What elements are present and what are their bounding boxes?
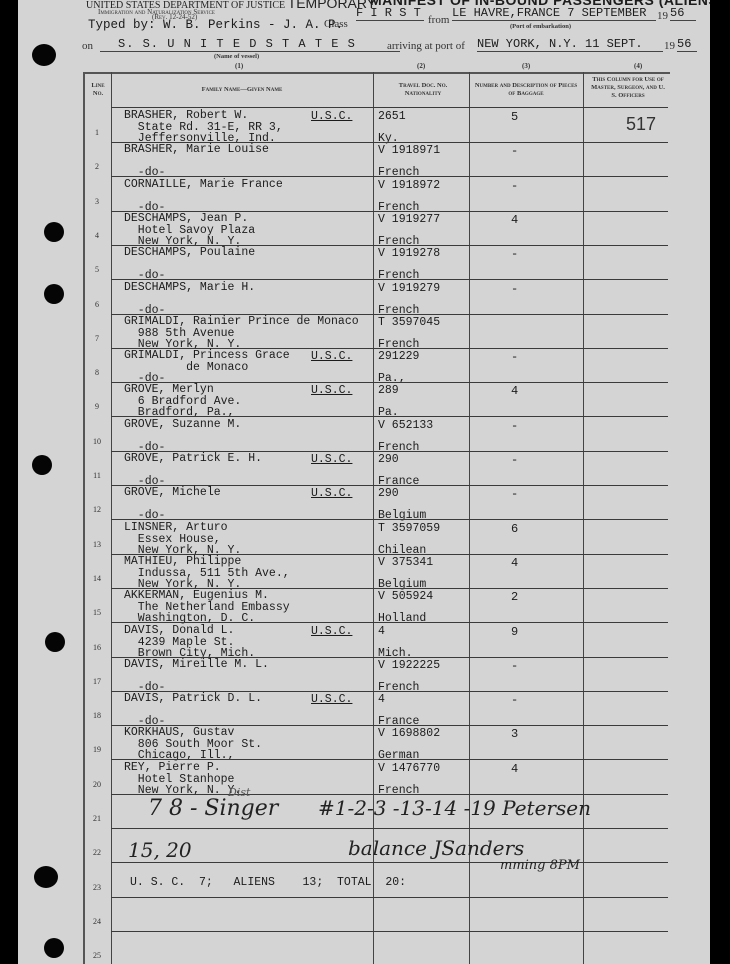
- from-label: from: [428, 14, 449, 26]
- table-row: [111, 897, 668, 931]
- travel-doc-number: 4: [378, 693, 385, 706]
- passenger-name: DAVIS, Mireille M. L. -do-: [124, 659, 269, 694]
- table-row: GROVE, Michele -do-U.S.C.290Belgium-: [111, 485, 668, 519]
- hole-punch: [45, 632, 65, 652]
- passenger-name: GRIMALDI, Princess Grace de Monaco -do-: [124, 350, 290, 385]
- vessel-name-field: S. S. U N I T E D S T A T E S: [100, 37, 400, 52]
- passenger-name: GRIMALDI, Rainier Prince de Monaco 988 5…: [124, 316, 359, 351]
- passenger-name: GROVE, Michele -do-: [124, 487, 221, 522]
- citizenship-mark: U.S.C.: [311, 453, 352, 466]
- line-number: 11: [86, 471, 108, 480]
- table-row: REY, Pierre P. Hotel Stanhope New York, …: [111, 760, 668, 794]
- arrival-port-field: NEW YORK, N.Y. 11 SEPT.: [477, 37, 663, 52]
- header-travel-doc: Travel Doc. No. Nationality: [380, 82, 466, 98]
- table-row: [111, 931, 668, 964]
- line-number: 2: [86, 162, 108, 171]
- header-line-no: Line No.: [86, 82, 110, 98]
- table-row: LINSNER, Arturo Essex House, New York, N…: [111, 520, 668, 554]
- hole-punch: [44, 938, 64, 958]
- passenger-name: DESCHAMPS, Marie H. -do-: [124, 282, 255, 317]
- class-field: F I R S T: [356, 6, 424, 21]
- handwritten-note: Dist: [228, 786, 250, 799]
- on-label: on: [82, 40, 93, 52]
- passenger-name: DESCHAMPS, Jean P. Hotel Savoy Plaza New…: [124, 213, 255, 248]
- passenger-name: DAVIS, Patrick D. L. -do-: [124, 693, 262, 728]
- year-prefix: 19: [657, 10, 668, 22]
- line-number: 4: [86, 231, 108, 240]
- line-number: 8: [86, 368, 108, 377]
- line-number: 12: [86, 505, 108, 514]
- line-number: 15: [86, 608, 108, 617]
- port-embarkation-caption: (Port of embarkation): [510, 23, 571, 30]
- handwritten-note: 7 8 - Singer: [148, 796, 278, 821]
- table-row: DESCHAMPS, Jean P. Hotel Savoy Plaza New…: [111, 211, 668, 245]
- hole-punch: [34, 866, 58, 888]
- travel-doc-number: 289: [378, 384, 399, 397]
- travel-doc-number: V 1922225: [378, 659, 440, 672]
- line-number: 14: [86, 574, 108, 583]
- header-name: Family Name—Given Name: [112, 86, 372, 94]
- table-row: DESCHAMPS, Poulaine -do-V 1919278French-: [111, 245, 668, 279]
- citizenship-mark: U.S.C.: [311, 384, 352, 397]
- column-number-1: (1): [235, 62, 243, 70]
- hole-punch: [32, 44, 56, 66]
- class-label: Class: [324, 18, 348, 30]
- baggage-count: 4: [511, 762, 521, 776]
- line-number: 16: [86, 643, 108, 652]
- travel-doc-number: V 505924: [378, 590, 433, 603]
- passenger-name: LINSNER, Arturo Essex House, New York, N…: [124, 522, 241, 557]
- line-number: 7: [86, 334, 108, 343]
- citizenship-mark: U.S.C.: [311, 487, 352, 500]
- table-row: DAVIS, Donald L. 4239 Maple St. Brown Ci…: [111, 623, 668, 657]
- baggage-count: -: [511, 693, 521, 707]
- line-number: 19: [86, 745, 108, 754]
- handwritten-note: #1-2-3 -13-14 -19 Petersen: [318, 796, 591, 820]
- table-row: DAVIS, Mireille M. L. -do-V 1922225Frenc…: [111, 657, 668, 691]
- arriving-label: arriving at port of: [387, 40, 465, 52]
- baggage-count: -: [511, 350, 521, 364]
- travel-doc-number: V 1919279: [378, 282, 440, 295]
- line-number: 6: [86, 300, 108, 309]
- baggage-count: -: [511, 419, 521, 433]
- header-officers: This Column for Use of Master, Surgeon, …: [590, 76, 666, 100]
- officer-note: 517: [626, 114, 656, 135]
- travel-doc-number: V 375341: [378, 556, 433, 569]
- travel-doc-number: 290: [378, 453, 399, 466]
- passenger-name: DAVIS, Donald L. 4239 Maple St. Brown Ci…: [124, 625, 255, 660]
- table-row: GRIMALDI, Rainier Prince de Monaco 988 5…: [111, 314, 668, 348]
- travel-doc-number: T 3597059: [378, 522, 440, 535]
- passenger-name: GROVE, Suzanne M. -do-: [124, 419, 241, 454]
- line-number: 18: [86, 711, 108, 720]
- table-row: DESCHAMPS, Marie H. -do-V 1919279French-: [111, 280, 668, 314]
- line-number: 17: [86, 677, 108, 686]
- table-row: GRIMALDI, Princess Grace de Monaco -do-U…: [111, 348, 668, 382]
- line-number: 20: [86, 780, 108, 789]
- typed-by: Typed by: W. B. Perkins - J. A. P.: [88, 18, 343, 32]
- table-row: KORKHAUS, Gustav 806 South Moor St. Chic…: [111, 725, 668, 759]
- travel-doc-number: V 1698802: [378, 727, 440, 740]
- passenger-name: AKKERMAN, Eugenius M. The Netherland Emb…: [124, 590, 290, 625]
- travel-doc-number: V 1919277: [378, 213, 440, 226]
- column-number-3: (3): [522, 62, 530, 70]
- travel-doc-number: V 1918972: [378, 179, 440, 192]
- passenger-name: KORKHAUS, Gustav 806 South Moor St. Chic…: [124, 727, 262, 762]
- travel-doc-number: V 1919278: [378, 247, 440, 260]
- handwritten-note: balance JSanders: [348, 836, 524, 860]
- travel-doc-number: V 1476770: [378, 762, 440, 775]
- baggage-count: -: [511, 179, 521, 193]
- line-number: 24: [86, 917, 108, 926]
- citizenship-mark: U.S.C.: [311, 693, 352, 706]
- table-row: CORNAILLE, Marie France -do-V 1918972Fre…: [111, 177, 668, 211]
- citizenship-mark: U.S.C.: [311, 625, 352, 638]
- line-number: 13: [86, 540, 108, 549]
- baggage-count: 2: [511, 590, 521, 604]
- baggage-count: -: [511, 487, 521, 501]
- travel-doc-number: 291229: [378, 350, 419, 363]
- baggage-count: 9: [511, 625, 521, 639]
- baggage-count: 4: [511, 213, 521, 227]
- baggage-count: -: [511, 659, 521, 673]
- travel-doc-number: 290: [378, 487, 399, 500]
- passenger-name: CORNAILLE, Marie France -do-: [124, 179, 283, 214]
- baggage-count: -: [511, 247, 521, 261]
- arrival-year: 56: [677, 37, 697, 52]
- baggage-count: -: [511, 282, 521, 296]
- table-row: GROVE, Patrick E. H. -do-U.S.C.290France…: [111, 451, 668, 485]
- baggage-count: 4: [511, 556, 521, 570]
- vessel-caption: (Name of vessel): [214, 53, 259, 60]
- citizenship-mark: U.S.C.: [311, 350, 352, 363]
- hole-punch: [44, 284, 64, 304]
- citizenship-mark: U.S.C.: [311, 110, 352, 123]
- port-of-embarkation-field: LE HAVRE,FRANCE 7 SEPTEMBER: [452, 6, 656, 21]
- line-number: 1: [86, 128, 108, 137]
- baggage-count: 6: [511, 522, 521, 536]
- travel-doc-number: 4: [378, 625, 385, 638]
- column-number-2: (2): [417, 62, 425, 70]
- baggage-count: -: [511, 144, 521, 158]
- passenger-name: BRASHER, Marie Louise -do-: [124, 144, 269, 179]
- table-row: BRASHER, Robert W. State Rd. 31-E, RR 3,…: [111, 108, 668, 142]
- line-number: 22: [86, 848, 108, 857]
- line-number: 5: [86, 265, 108, 274]
- table-row: BRASHER, Marie Louise -do-V 1918971Frenc…: [111, 142, 668, 176]
- line-number: 23: [86, 883, 108, 892]
- line-number: 10: [86, 437, 108, 446]
- column-number-4: (4): [634, 62, 642, 70]
- table-row: AKKERMAN, Eugenius M. The Netherland Emb…: [111, 588, 668, 622]
- travel-doc-number: V 1918971: [378, 144, 440, 157]
- handwritten-note: mming 8PM: [500, 858, 580, 873]
- embarkation-year: 56: [670, 6, 696, 21]
- passenger-name: MATHIEU, Philippe Indussa, 511 5th Ave.,…: [124, 556, 290, 591]
- passenger-name: GROVE, Merlyn 6 Bradford Ave. Bradford, …: [124, 384, 241, 419]
- passenger-name: REY, Pierre P. Hotel Stanhope New York, …: [124, 762, 241, 797]
- line-number: 21: [86, 814, 108, 823]
- passenger-name: GROVE, Patrick E. H. -do-: [124, 453, 262, 488]
- table-row: GROVE, Suzanne M. -do-V 652133French-: [111, 417, 668, 451]
- baggage-count: 5: [511, 110, 521, 124]
- table-row: GROVE, Merlyn 6 Bradford Ave. Bradford, …: [111, 382, 668, 416]
- baggage-count: 4: [511, 384, 521, 398]
- arrival-year-prefix: 19: [664, 40, 675, 52]
- line-number: 25: [86, 951, 108, 960]
- baggage-count: 3: [511, 727, 521, 741]
- hole-punch: [32, 455, 52, 475]
- header-baggage: Number and Description of Pieces of Bagg…: [472, 82, 580, 98]
- handwritten-note: 15, 20: [128, 838, 192, 862]
- travel-doc-number: 2651: [378, 110, 406, 123]
- passenger-name: BRASHER, Robert W. State Rd. 31-E, RR 3,…: [124, 110, 283, 145]
- travel-doc-number: V 652133: [378, 419, 433, 432]
- line-number: 3: [86, 197, 108, 206]
- line-number: 9: [86, 402, 108, 411]
- table-row: MATHIEU, Philippe Indussa, 511 5th Ave.,…: [111, 554, 668, 588]
- scan-edge: [710, 0, 730, 964]
- passenger-summary: U. S. C. 7; ALIENS 13; TOTAL 20:: [130, 876, 406, 889]
- travel-doc-number: T 3597045: [378, 316, 440, 329]
- hole-punch: [44, 222, 64, 242]
- table-row: DAVIS, Patrick D. L. -do-U.S.C.4France-: [111, 691, 668, 725]
- passenger-name: DESCHAMPS, Poulaine -do-: [124, 247, 255, 282]
- baggage-count: -: [511, 453, 521, 467]
